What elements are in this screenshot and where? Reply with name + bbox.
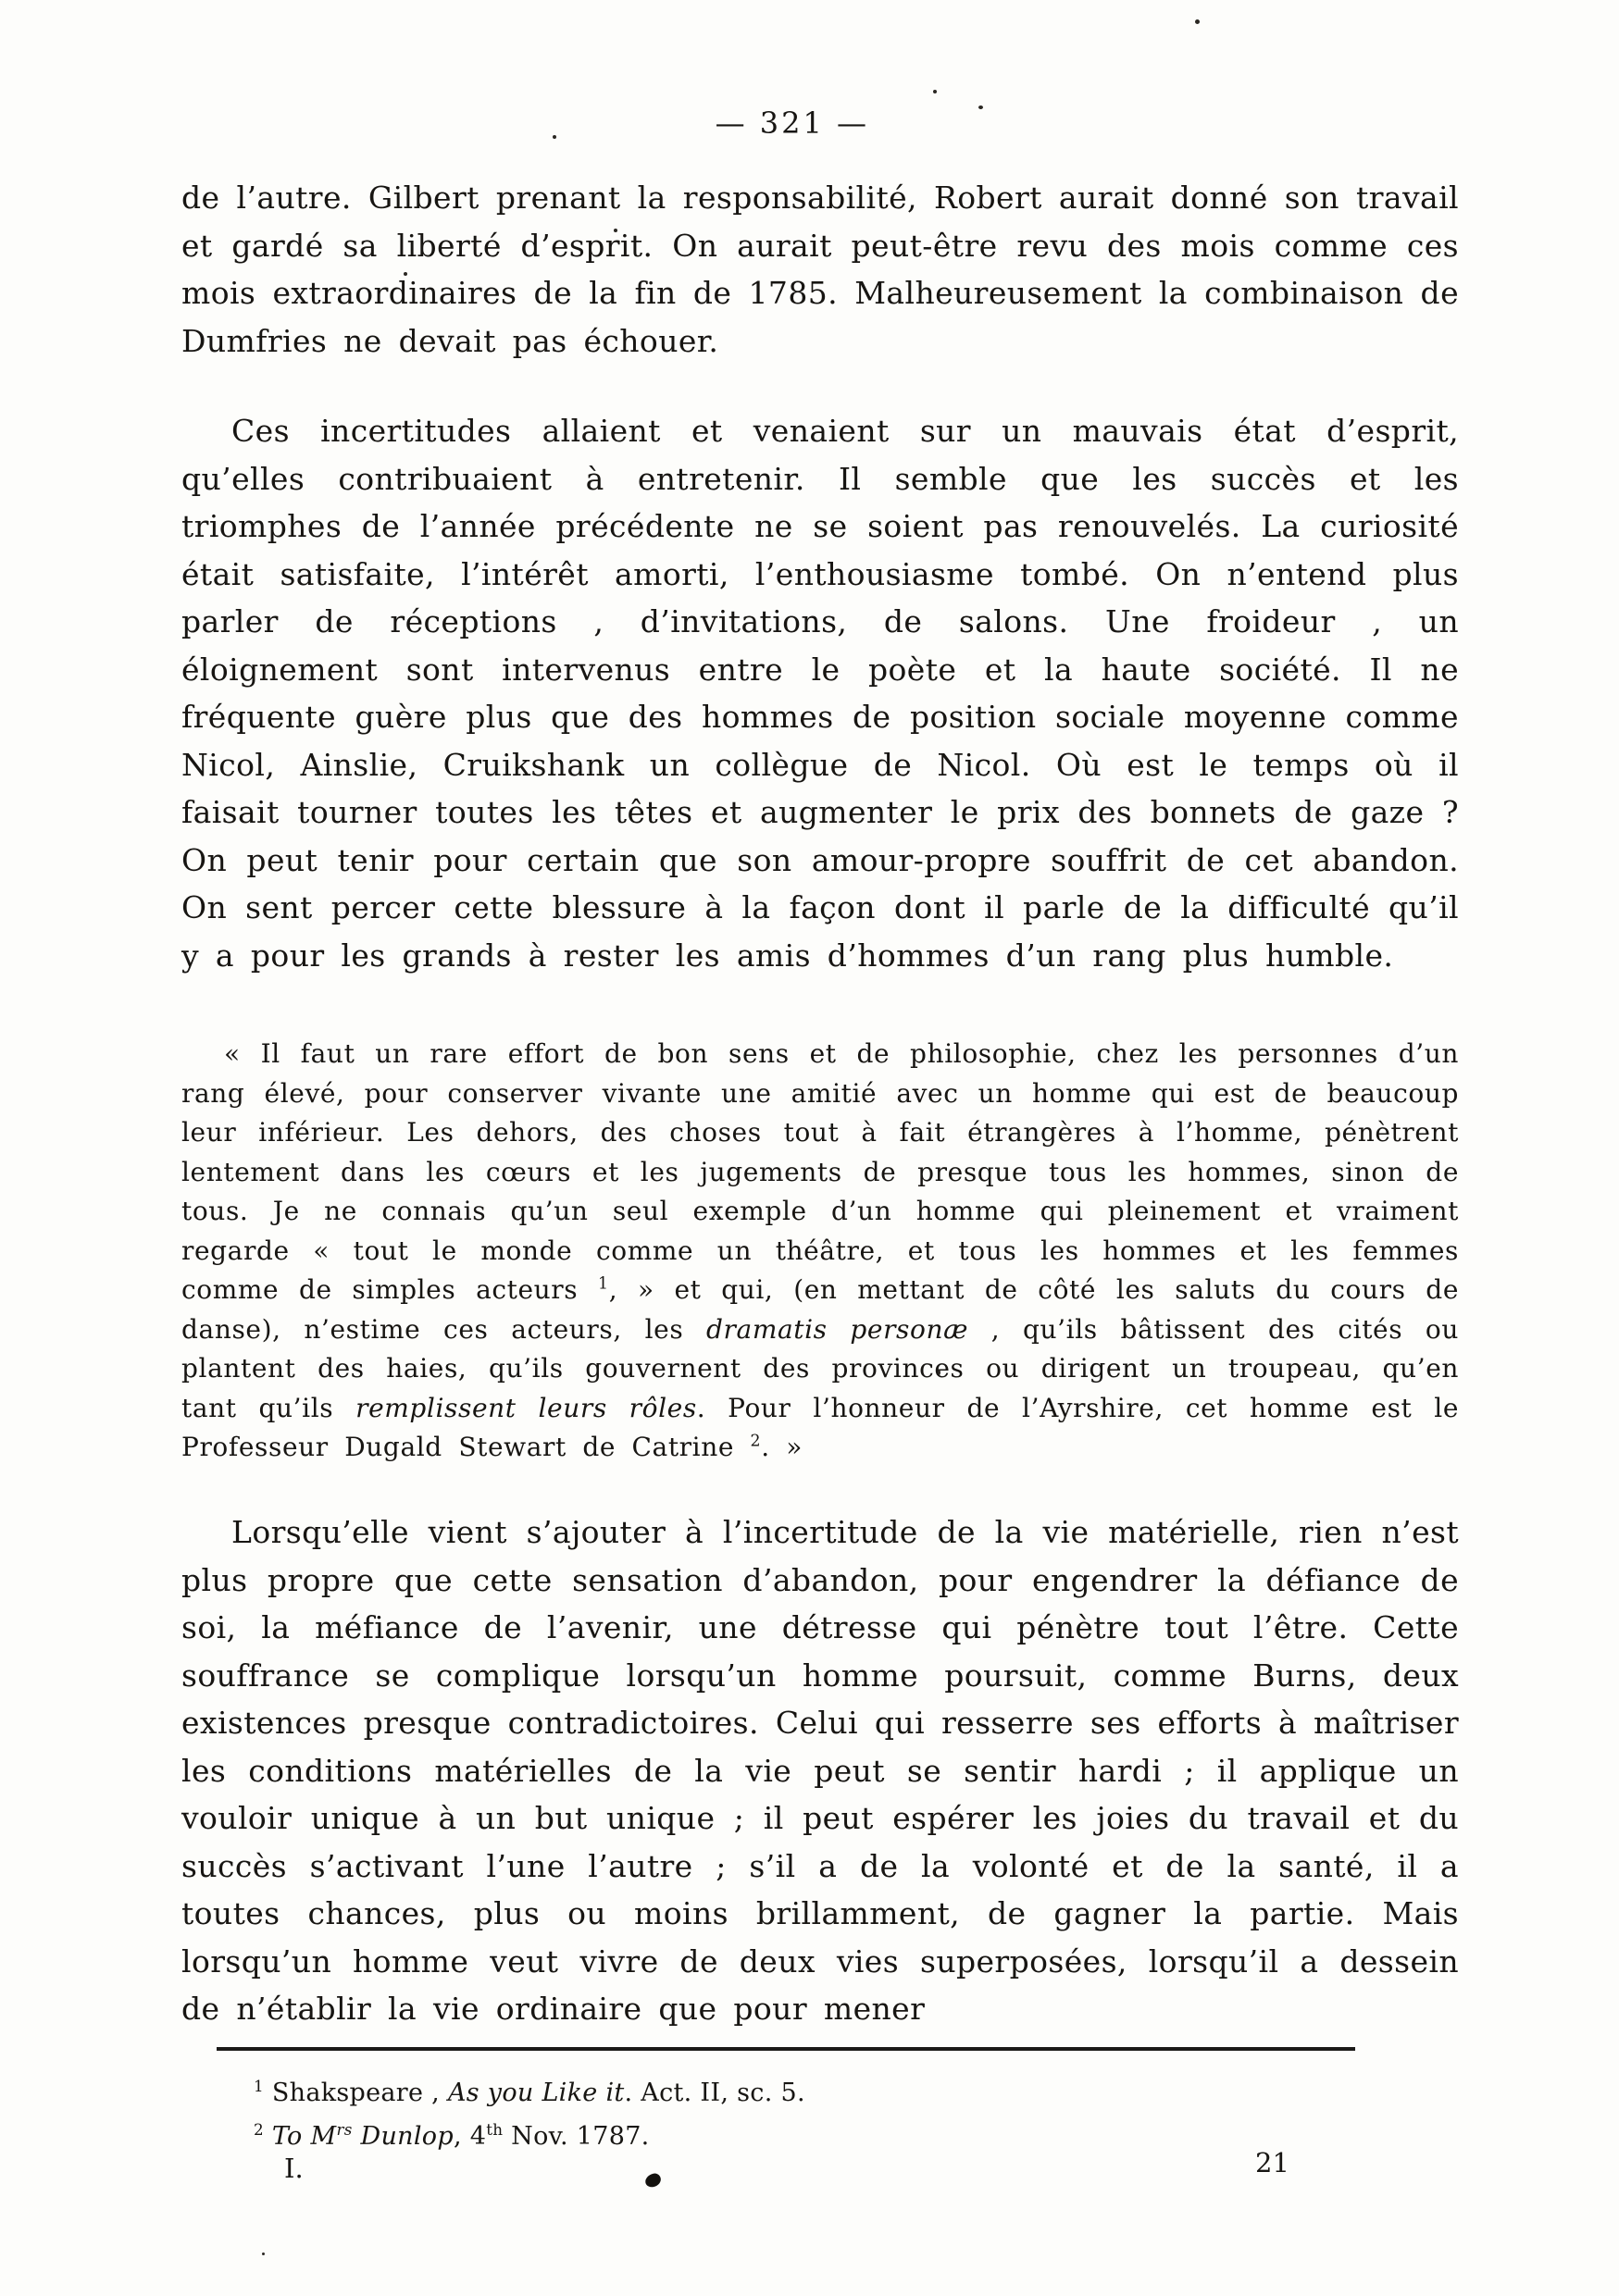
body-paragraph-2: Ces incertitudes allaient et venaient su… (181, 407, 1459, 979)
ink-speck (614, 229, 617, 232)
ink-speck (1195, 19, 1200, 24)
footnotes: 1 Shakspeare , As you Like it. Act. II, … (181, 2071, 1459, 2158)
text-segment: dramatis personæ (706, 1314, 968, 1345)
ink-speck (933, 90, 937, 93)
ink-speck (404, 272, 407, 276)
text-segment: . » (761, 1432, 803, 1462)
ink-speck (553, 135, 556, 139)
text-segment (264, 2122, 272, 2151)
footnote-reference: rs (336, 2120, 352, 2139)
text-segment: Shakspeare , (264, 2079, 448, 2107)
text-segment: Dunlop (353, 2122, 454, 2151)
text-segment: . Act. II, sc. 5. (625, 2079, 805, 2107)
text-segment: Ces incertitudes allaient et venaient su… (181, 413, 1459, 974)
ink-speck (262, 2253, 265, 2255)
footnote-reference: 1 (254, 2077, 264, 2095)
ink-blot (644, 2172, 663, 2189)
text-segment: remplissent leurs rôles (355, 1393, 697, 1423)
page-header: — 321 — (0, 70, 1536, 176)
text-segment: de l’autre. Gilbert prenant la responsab… (181, 180, 1459, 359)
book-page: — 321 — de l’autre. Gilbert prenant la r… (0, 0, 1619, 2296)
text-segment: « Il faut un rare effort de bon sens et … (181, 1038, 1459, 1305)
footnote-1: 1 Shakspeare , As you Like it. Act. II, … (181, 2071, 1459, 2115)
block-quote: « Il faut un rare effort de bon sens et … (181, 1035, 1459, 1468)
footnote-reference: 2 (254, 2120, 264, 2139)
page-number: — 321 — (716, 105, 869, 141)
ink-speck (938, 1370, 940, 1375)
volume-signature-mark: I. (284, 2153, 304, 2184)
body-paragraph-3: Lorsqu’elle vient s’ajouter à l’incertit… (181, 1508, 1459, 2033)
text-segment: Lorsqu’elle vient s’ajouter à l’incertit… (181, 1514, 1459, 2027)
text-segment: Nov. 1787. (503, 2122, 649, 2151)
gathering-number: 21 (1255, 2147, 1289, 2178)
footnote-reference: 2 (751, 1433, 762, 1451)
footnote-reference: 1 (598, 1275, 609, 1294)
text-segment: , 4 (454, 2122, 486, 2151)
footnote-reference: th (486, 2120, 503, 2139)
ink-speck (978, 105, 983, 109)
body-paragraph-1: de l’autre. Gilbert prenant la responsab… (181, 174, 1459, 365)
text-segment: To M (272, 2122, 337, 2151)
footnote-separator (217, 2047, 1355, 2051)
text-segment: As you Like it (448, 2079, 625, 2107)
